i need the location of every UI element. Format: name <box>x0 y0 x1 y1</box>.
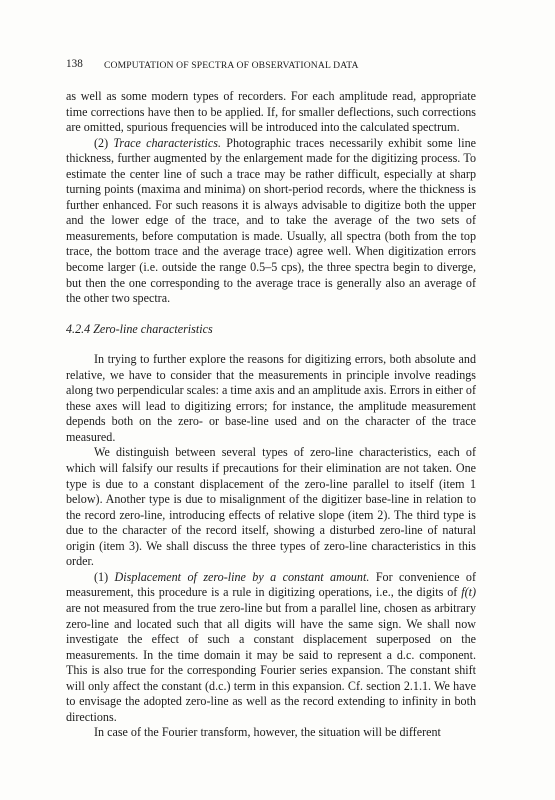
document-page: 138 COMPUTATION OF SPECTRA OF OBSERVATIO… <box>66 57 476 741</box>
paragraph-text: are not measured from the true zero-line… <box>66 601 476 724</box>
item-title: Trace characteristics. <box>113 136 221 150</box>
running-header: 138 COMPUTATION OF SPECTRA OF OBSERVATIO… <box>66 57 476 73</box>
paragraph-fourier-transform: In case of the Fourier transform, howeve… <box>66 725 476 741</box>
paragraph-continuation: as well as some modern types of recorder… <box>66 89 476 136</box>
item-title: Displacement of zero-line by a constant … <box>115 570 370 584</box>
math-expression: f(t) <box>461 585 476 599</box>
running-title: COMPUTATION OF SPECTRA OF OBSERVATIONAL … <box>104 57 359 73</box>
paragraph-trace-characteristics: (2) Trace characteristics. Photographic … <box>66 136 476 307</box>
section-heading: 4.2.4 Zero-line characteristics <box>66 322 476 338</box>
paragraph-intro: In trying to further explore the reasons… <box>66 352 476 445</box>
item-number: (1) <box>94 570 115 584</box>
paragraph-zero-line-types: We distinguish between several types of … <box>66 445 476 569</box>
paragraph-text: Photographic traces necessarily exhibit … <box>66 136 476 305</box>
item-number: (2) <box>94 136 113 150</box>
page-number: 138 <box>66 57 104 73</box>
paragraph-constant-displacement: (1) Displacement of zero-line by a const… <box>66 570 476 725</box>
